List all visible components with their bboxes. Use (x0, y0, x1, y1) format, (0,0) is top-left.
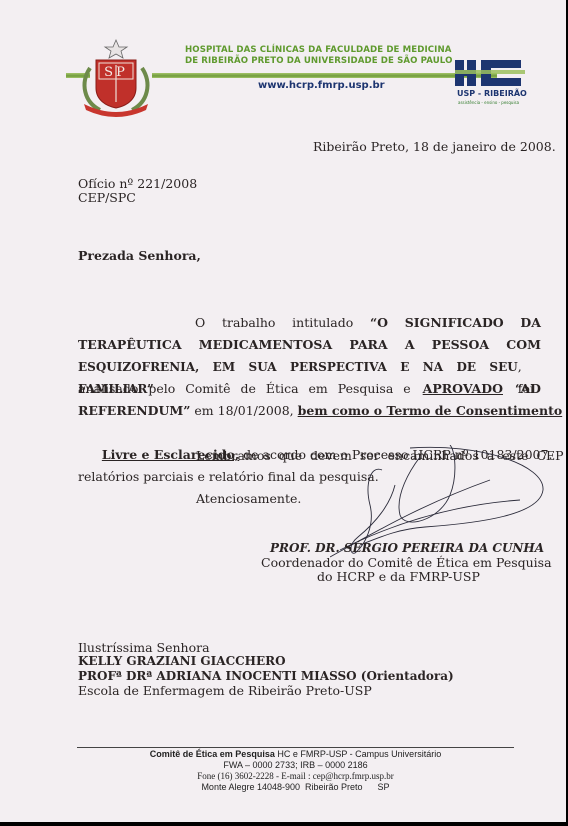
signatory-title-line2: do HCRP e da FMRP-USP (317, 569, 480, 584)
hc-logo-subtitle: USP - RIBEIRÃO (457, 89, 527, 98)
hc-logo-tagline: assistência - ensino - pesquisa (458, 100, 519, 105)
footer-line-3: Fone (16) 3602-2228 - E-mail : cep@hcrp.… (77, 771, 514, 783)
signatory-name: PROF. DR. SÉRGIO PEREIRA DA CUNHA (270, 541, 544, 555)
recipient-institution: Escola de Enfermagem de Ribeirão Preto-U… (78, 683, 372, 698)
paragraph-line-2: TERAPÊUTICA MEDICAMENTOSA PARA A PESSOA … (78, 334, 541, 356)
footer-line-1: Comitê de Ética em Pesquisa HC e FMRP-US… (77, 749, 514, 761)
footer-line-4: Monte Alegre 14048-900 Ribeirão Preto SP (77, 782, 514, 794)
signatory-title-line1: Coordenador do Comitê de Ética em Pesqui… (261, 555, 552, 570)
sao-paulo-crest-icon: SP (66, 38, 166, 118)
approval-paragraph: O trabalho intitulado “O SIGNIFICADO DA … (78, 312, 541, 444)
footer-line-2: FWA – 0000 2733; IRB – 0000 2186 (77, 760, 514, 772)
recipient-salutation: Ilustríssima Senhora (78, 640, 210, 655)
institution-name-line1: HOSPITAL DAS CLÍNICAS DA FACULDADE DE ME… (185, 45, 452, 55)
date-line: Ribeirão Preto, 18 de janeiro de 2008. (313, 139, 556, 154)
paragraph-line-6: Livre e Esclarecido, de acordo com o Pro… (78, 422, 541, 444)
reminder-line-1: Lembramos que devem ser encaminhados a e… (196, 448, 541, 463)
paragraph-line-3: ESQUIZOFRENIA, EM SUA PERSPECTIVA E NA D… (78, 356, 541, 378)
oficio-number: Ofício nº 221/2008 (78, 176, 197, 191)
paragraph-line-1: O trabalho intitulado “O SIGNIFICADO DA (78, 312, 541, 334)
closing: Atenciosamente. (196, 491, 301, 506)
paragraph-line-4: analisado pelo Comitê de Ética em Pesqui… (78, 378, 541, 400)
salutation: Prezada Senhora, (78, 248, 201, 263)
approved-status: APROVADO (423, 378, 503, 400)
reminder-line-2: relatórios parciais e relatório final da… (78, 469, 379, 484)
institution-name-line2: DE RIBEIRÃO PRETO DA UNIVERSIDADE DE SÃO… (185, 56, 452, 66)
header-rule (152, 73, 497, 78)
research-title-end: ESQUIZOFRENIA, EM SUA PERSPECTIVA E NA D… (78, 356, 518, 378)
footer-divider (77, 747, 514, 748)
recipient-advisor: PROFª DRª ADRIANA INOCENTI MIASSO (Orien… (78, 669, 454, 684)
paragraph-line-5: REFERENDUM” em 18/01/2008, bem como o Te… (78, 400, 541, 422)
website-link[interactable]: www.hcrp.fmrp.usp.br (258, 80, 385, 91)
department-code: CEP/SPC (78, 190, 136, 205)
letter-page: SP HOSPITAL DAS CLÍNICAS DA FACULDADE DE… (0, 0, 566, 822)
recipient-name: KELLY GRAZIANI GIACCHERO (78, 654, 286, 669)
